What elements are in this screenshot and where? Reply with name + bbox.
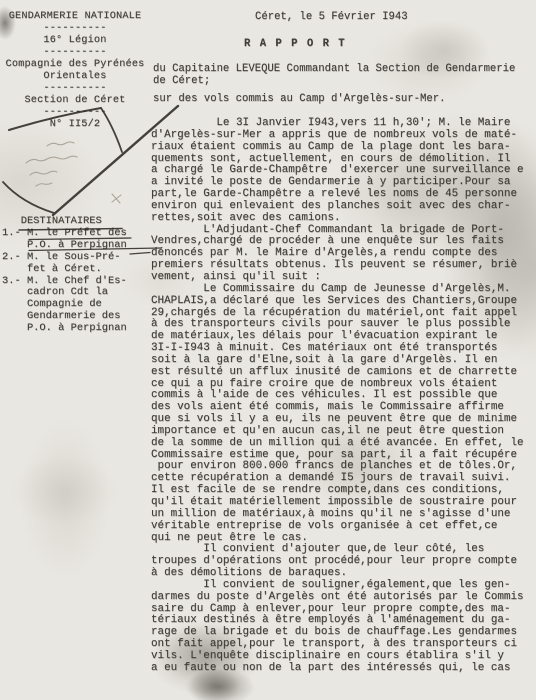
text-line: rettes,soit avec des camions. xyxy=(151,213,535,225)
pen-stroke-bottom-curve xyxy=(3,182,54,213)
text-line: soit à la gare d'Elne,soit à la gare d'A… xyxy=(151,355,535,367)
text-line: ---------- xyxy=(0,83,150,95)
text-line: Le Commissaire du Camp de Jeunesse d'Arg… xyxy=(151,284,535,296)
text-line: Orientales xyxy=(0,71,150,83)
letterhead: GENDARMERIE NATIONALE----------16° Légio… xyxy=(0,11,150,131)
text-line: Compagnie des Pyrénées xyxy=(0,59,150,71)
text-line: importance et qu'en aucun cas,il ne peut… xyxy=(151,426,535,438)
text-line: de la somme de un million qui a été avan… xyxy=(151,438,535,450)
paper-stain xyxy=(20,420,110,580)
pen-margin-dash xyxy=(130,253,150,255)
text-line: N° II5/2 xyxy=(0,119,150,131)
text-line: GENDARMERIE NATIONALE xyxy=(0,11,150,23)
report-subject: sur des vols commis au Camp d'Argelès-su… xyxy=(153,93,445,105)
text-line: ---------- xyxy=(0,23,150,35)
handwritten-mark xyxy=(112,194,121,203)
text-line: fet à Céret. xyxy=(2,264,127,276)
handwritten-scribble xyxy=(36,183,52,186)
text-line: environ qui enlevaient des planches soit… xyxy=(151,201,535,213)
text-line: de Céret; xyxy=(153,76,515,88)
report-title: R A P P O R T xyxy=(244,38,346,50)
text-line: ---------- xyxy=(0,107,150,119)
handwritten-scribble xyxy=(47,142,74,146)
text-line: véritable entreprise de vols organisée à… xyxy=(151,521,535,533)
text-line: d'Argelès-sur-Mer a appris que de nombre… xyxy=(151,130,535,142)
text-line: 2.- M. le Sous-Pré- xyxy=(2,252,127,264)
text-line: CHAPLAIS,a déclaré que les Services des … xyxy=(151,296,535,308)
dateline: Céret, le 5 Février I943 xyxy=(255,11,408,23)
text-line: 16° Légion xyxy=(0,35,150,47)
text-line: Section de Céret xyxy=(0,95,150,107)
destinataires-list: DESTINATAIRES1.- M. le Préfet des P.O. à… xyxy=(2,216,127,335)
handwritten-scribble xyxy=(26,156,77,163)
report-author: du Capitaine LEVEQUE Commandant la Secti… xyxy=(153,64,515,88)
text-line: Il convient de souligner,également,que l… xyxy=(151,580,535,592)
document-page: GENDARMERIE NATIONALE----------16° Légio… xyxy=(0,0,536,700)
text-line: un million de matériaux,à moins qu'il ne… xyxy=(151,509,535,521)
text-line: ---------- xyxy=(0,47,150,59)
text-line: P.O. à Perpignan xyxy=(2,323,127,335)
text-line: darmes du poste d'Argelès ont été autori… xyxy=(151,592,535,604)
text-line: riaux étaient commis au Camp de la plage… xyxy=(151,142,535,154)
handwritten-scribble xyxy=(30,171,57,175)
report-body: Le 3I Janvier I943,vers 11 h,30'; M. le … xyxy=(151,118,535,675)
text-line: est résulté un afflux inusité de camions… xyxy=(151,367,535,379)
text-line: P.O. à Perpignan xyxy=(2,240,127,252)
text-line: a eu faute ou non de la part des intéres… xyxy=(151,663,535,675)
